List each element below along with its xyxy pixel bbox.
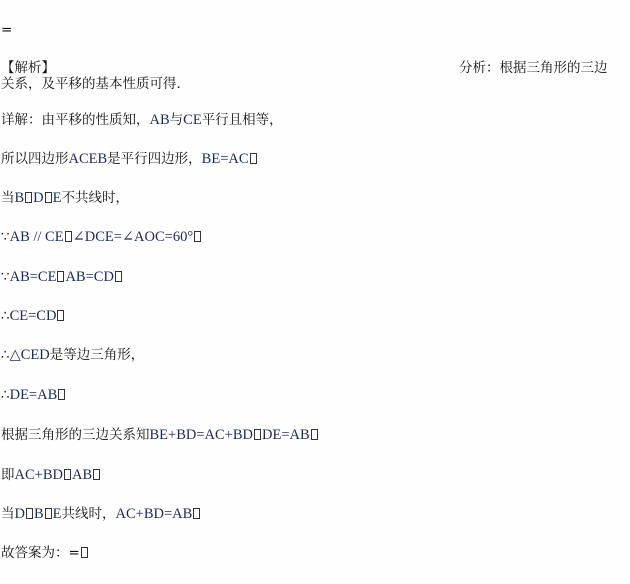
solution-line-2: 所以四边形ACEB是平行四边形，BE=AC bbox=[1, 151, 258, 167]
text: 共线时， bbox=[62, 506, 116, 522]
solution-line-3: 当BDE不共线时， bbox=[1, 190, 129, 206]
text: 根据三角形的三边关系知 bbox=[1, 427, 150, 443]
math: AB=CD bbox=[65, 269, 113, 285]
math: AB=CE bbox=[10, 269, 57, 285]
missing-glyph-icon bbox=[45, 508, 52, 519]
missing-glyph-icon bbox=[64, 469, 71, 480]
text: 不共线时， bbox=[62, 190, 130, 206]
missing-glyph-icon bbox=[93, 469, 100, 480]
missing-glyph-icon bbox=[193, 508, 200, 519]
solution-line-4: ∵AB // CE∠DCE=∠AOC=60° bbox=[1, 229, 202, 245]
missing-glyph-icon bbox=[254, 429, 261, 440]
answer-mark: = bbox=[1, 22, 12, 38]
missing-glyph-icon bbox=[45, 192, 52, 203]
because-symbol: ∵ bbox=[1, 269, 10, 285]
math: DE=AB bbox=[10, 387, 58, 403]
math: E bbox=[53, 506, 62, 522]
math: AB bbox=[150, 112, 170, 128]
text: 详解：由平移的性质知， bbox=[1, 112, 150, 128]
math: D bbox=[15, 506, 25, 522]
solution-line-7: ∴△CED是等边三角形， bbox=[1, 347, 144, 363]
text: 所以四边形 bbox=[1, 151, 69, 167]
math: ∠DCE=∠AOC=60° bbox=[73, 229, 194, 245]
math: DE=AB bbox=[262, 427, 310, 443]
solution-line-12: 故答案为：= bbox=[1, 545, 89, 561]
text: 是平行四边形， bbox=[107, 151, 202, 167]
analysis-continuation: 关系，及平移的基本性质可得． bbox=[1, 76, 190, 92]
analysis-label: 【解析】 bbox=[1, 60, 55, 76]
missing-glyph-icon bbox=[65, 231, 72, 242]
solution-line-9: 根据三角形的三边关系知BE+BD=AC+BDDE=AB bbox=[1, 427, 319, 443]
therefore-symbol: ∴ bbox=[1, 308, 10, 324]
missing-glyph-icon bbox=[81, 547, 88, 558]
math: D bbox=[33, 190, 43, 206]
missing-glyph-icon bbox=[57, 271, 64, 282]
text: 故答案为： bbox=[1, 545, 69, 561]
because-symbol: ∵ bbox=[1, 229, 10, 245]
missing-glyph-icon bbox=[311, 429, 318, 440]
math: B bbox=[15, 190, 25, 206]
math: AC+BD=AB bbox=[116, 506, 193, 522]
text: 平行且相等， bbox=[202, 112, 283, 128]
missing-glyph-icon bbox=[250, 153, 257, 164]
math: CE bbox=[183, 112, 202, 128]
solution-line-11: 当DBE共线时，AC+BD=AB bbox=[1, 506, 201, 522]
text: 即 bbox=[1, 467, 15, 483]
text: 当 bbox=[1, 506, 15, 522]
math: AB bbox=[72, 467, 92, 483]
missing-glyph-icon bbox=[57, 310, 64, 321]
analysis-heading: 分析：根据三角形的三边 bbox=[459, 60, 608, 76]
math: △CED bbox=[10, 347, 50, 363]
missing-glyph-icon bbox=[58, 389, 65, 400]
math: AB // CE bbox=[10, 229, 64, 245]
math: BE+BD=AC+BD bbox=[150, 427, 254, 443]
therefore-symbol: ∴ bbox=[1, 387, 10, 403]
math: CE=CD bbox=[10, 308, 57, 324]
solution-line-8: ∴DE=AB bbox=[1, 387, 66, 403]
answer: = bbox=[69, 545, 80, 561]
missing-glyph-icon bbox=[194, 231, 201, 242]
text: 与 bbox=[170, 112, 184, 128]
math: BE=AC bbox=[202, 151, 249, 167]
solution-line-6: ∴CE=CD bbox=[1, 308, 65, 324]
solution-line-5: ∵AB=CEAB=CD bbox=[1, 269, 123, 285]
math: AC+BD bbox=[15, 467, 63, 483]
text: 当 bbox=[1, 190, 15, 206]
missing-glyph-icon bbox=[115, 271, 122, 282]
math: B bbox=[34, 506, 44, 522]
therefore-symbol: ∴ bbox=[1, 347, 10, 363]
missing-glyph-icon bbox=[25, 192, 32, 203]
text: 是等边三角形， bbox=[50, 347, 145, 363]
math: ACEB bbox=[69, 151, 108, 167]
solution-line-1: 详解：由平移的性质知，AB与CE平行且相等， bbox=[1, 112, 283, 128]
missing-glyph-icon bbox=[26, 508, 33, 519]
math: E bbox=[53, 190, 62, 206]
solution-line-10: 即AC+BDAB bbox=[1, 467, 101, 483]
